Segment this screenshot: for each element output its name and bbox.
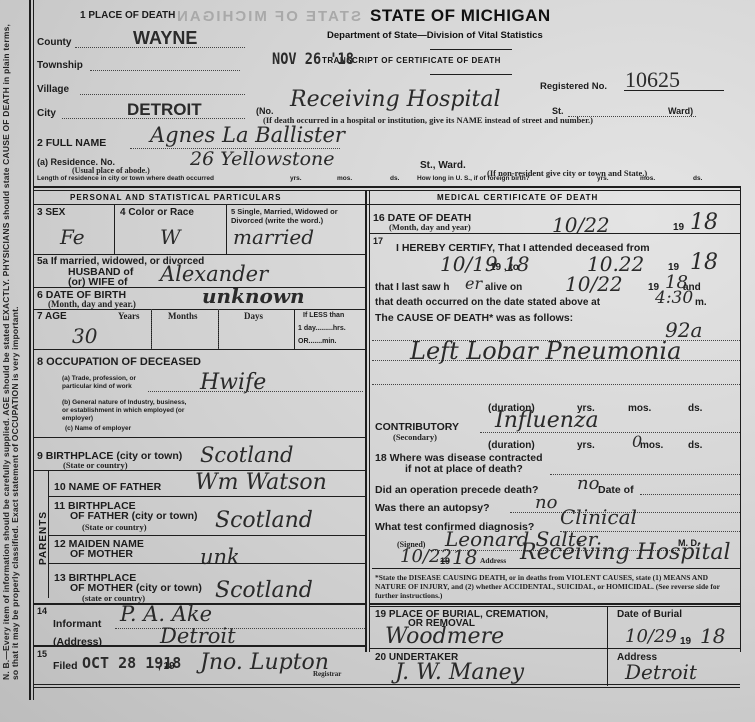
filed-label: Filed xyxy=(53,660,78,672)
father-label: 10 NAME OF FATHER xyxy=(54,481,161,493)
occupation-label: 8 OCCUPATION OF DECEASED xyxy=(37,356,201,368)
mother-label-2: OF MOTHER xyxy=(70,548,133,560)
burial-date-label: Date of Burial xyxy=(617,609,682,620)
dod-sub: (Month, day and year) xyxy=(389,222,471,232)
dod-year: 18 xyxy=(690,210,718,235)
row-rule-7 xyxy=(48,496,365,497)
attended-to-year: 18 xyxy=(690,250,718,275)
village-line xyxy=(80,94,245,95)
informant-line xyxy=(115,628,365,629)
ds-label: ds. xyxy=(390,175,399,182)
contributory-sub: (Secondary) xyxy=(393,432,437,442)
county-label: County xyxy=(37,37,71,48)
sex-divider xyxy=(114,204,115,254)
days-label: Days xyxy=(244,311,263,321)
operation-value: no xyxy=(577,473,599,494)
informant-num: 14 xyxy=(37,606,47,616)
father-bp-label-2: OF FATHER (city or town) xyxy=(70,510,198,522)
header-rule xyxy=(430,49,512,50)
father-bp-label-3: (State or country) xyxy=(82,522,147,532)
months-label: Months xyxy=(168,311,198,321)
occupation-b-label: (b) General nature of Industry, business… xyxy=(62,399,187,423)
state-title: STATE OF MICHIGAN xyxy=(370,6,551,26)
burial-date-value: 10/29 xyxy=(625,626,677,647)
spouse-value: Alexander xyxy=(160,262,268,286)
age-label: 7 AGE xyxy=(37,311,67,322)
row-rule-9 xyxy=(48,563,365,564)
duration-ds: ds. xyxy=(688,403,702,414)
filed-year-prefix: , 19 xyxy=(158,661,175,672)
m-label: m. xyxy=(695,297,707,308)
row-rule-11 xyxy=(34,645,365,647)
mos-label-2: mos. xyxy=(640,175,655,182)
last-saw-value: 10/22 xyxy=(565,272,623,296)
dob-value: unknown xyxy=(202,284,305,308)
race-label: 4 Color or Race xyxy=(120,207,194,218)
attended-from: 10/19 xyxy=(440,252,498,276)
mos-label: mos. xyxy=(337,175,352,182)
duration2-ds: ds. xyxy=(688,440,702,451)
duration-mos: mos. xyxy=(628,403,651,414)
dob-sub: (Month, day and year.) xyxy=(48,299,136,309)
burial-divider xyxy=(607,606,608,686)
sign-address-value: Receiving Hospital xyxy=(520,540,731,565)
sign-rule xyxy=(372,568,740,569)
length-residence-label: Length of residence in city or town wher… xyxy=(37,175,214,182)
yrs-label-2: yrs. xyxy=(597,175,609,182)
informant-label: Informant xyxy=(53,618,101,630)
side-instructions: N. B.—Every item of information should b… xyxy=(2,20,22,680)
row-rule-r-bottom xyxy=(370,603,740,605)
sign-year-prefix: 19 xyxy=(440,556,450,566)
institution-value: Receiving Hospital xyxy=(290,87,501,112)
table-top-rule xyxy=(34,186,740,188)
dod-year-prefix: 19 xyxy=(673,222,684,233)
ds-label-2: ds. xyxy=(693,175,702,182)
less-than-3: OR.......min. xyxy=(298,338,337,345)
city-label: City xyxy=(37,108,56,119)
attended-from-year: 18 xyxy=(504,252,529,276)
undertaker-address-value: Detroit xyxy=(625,660,697,684)
occurred-label: that death occurred on the date stated a… xyxy=(375,297,600,308)
less-than-1: If LESS than xyxy=(303,312,344,319)
row-rule-1 xyxy=(34,254,365,255)
marital-value: married xyxy=(233,225,314,249)
father-bp-value: Scotland xyxy=(215,508,313,533)
row-rule-r1 xyxy=(370,233,740,234)
table-top-rule-2 xyxy=(34,190,740,191)
center-divider xyxy=(365,190,367,652)
village-label: Village xyxy=(37,84,69,95)
full-name-label: 2 FULL NAME xyxy=(37,137,106,149)
full-name-value: Agnes La Ballister xyxy=(150,123,345,147)
alive-on-label: alive on xyxy=(485,282,522,293)
last-saw-label: that I last saw h xyxy=(375,282,449,293)
row-rule-8 xyxy=(48,535,365,536)
ward-label: Ward) xyxy=(668,106,693,116)
informant-value: P. A. Ake xyxy=(120,602,212,626)
certify-num: 17 xyxy=(373,236,383,246)
right-border xyxy=(740,186,741,652)
age-divider-1 xyxy=(151,309,152,349)
autopsy-value: no xyxy=(535,492,557,513)
bottom-rule xyxy=(34,684,740,685)
test-value: Clinical xyxy=(560,505,637,529)
burial-place-value: Woodmere xyxy=(385,624,504,649)
age-years-value: 30 xyxy=(72,324,97,348)
personal-heading: PERSONAL AND STATISTICAL PARTICULARS xyxy=(70,193,281,202)
race-divider xyxy=(226,204,227,254)
left-border-inner xyxy=(33,0,34,700)
received-date-stamp: NOV 26 '18 xyxy=(272,49,354,68)
contributory-line xyxy=(480,432,740,433)
age-divider-3 xyxy=(294,309,295,349)
yrs-label: yrs. xyxy=(290,175,302,182)
mirror-ghost-text: STATE OF MICHIGAN xyxy=(175,8,361,25)
row-rule-2 xyxy=(34,287,365,288)
date-of-label: Date of xyxy=(598,484,634,496)
contributory-value: Influenza xyxy=(495,408,599,433)
left-border xyxy=(29,0,31,700)
cause-line-2 xyxy=(372,360,740,361)
burial-year: 18 xyxy=(700,624,725,648)
row-rule-5 xyxy=(34,437,365,438)
registrar-label: Registrar xyxy=(313,670,341,678)
sex-label: 3 SEX xyxy=(37,207,65,218)
registrar-signature: Jno. Lupton xyxy=(200,650,329,675)
center-divider-2 xyxy=(369,190,370,652)
medical-heading: MEDICAL CERTIFICATE OF DEATH xyxy=(437,193,598,202)
how-long-label: How long in U. S., if of foreign birth? xyxy=(417,175,530,182)
undertaker-value: J. W. Maney xyxy=(395,660,524,685)
county-value: WAYNE xyxy=(133,28,197,49)
heading-rule xyxy=(34,204,740,205)
section-place-of-death: 1 PLACE OF DEATH xyxy=(80,10,175,21)
township-line xyxy=(90,70,240,71)
operation-label: Did an operation precede death? xyxy=(375,484,538,496)
occupation-a-value: Hwife xyxy=(200,370,266,395)
registered-underline xyxy=(624,90,724,91)
residence-sub: (Usual place of abode.) xyxy=(72,166,150,175)
row-rule-r-bottom-2 xyxy=(370,606,740,607)
burial-rule xyxy=(370,648,740,649)
date-of-line xyxy=(640,494,740,495)
header-rule-2 xyxy=(430,74,512,75)
less-than-2: 1 day.........hrs. xyxy=(298,325,346,332)
last-saw-her: er xyxy=(465,274,482,293)
sign-year: 18 xyxy=(452,545,477,569)
race-value: W xyxy=(160,225,181,249)
footnote: *State the DISEASE CAUSING DEATH, or in … xyxy=(375,573,720,600)
sign-address-label: Address xyxy=(480,556,506,565)
contracted-label-2: if not at place of death? xyxy=(405,463,523,475)
occupation-a-label: (a) Trade, profession, or particular kin… xyxy=(62,375,152,391)
mother-value: unk xyxy=(200,545,240,569)
occurred-time: 4:30 xyxy=(655,288,693,308)
mother-bp-value: Scotland xyxy=(215,578,313,603)
sex-value: Fe xyxy=(60,225,85,249)
autopsy-label: Was there an autopsy? xyxy=(375,502,490,514)
duration2-label: (duration) xyxy=(488,440,535,451)
row-rule-4 xyxy=(34,349,365,350)
age-divider-2 xyxy=(218,309,219,349)
birthplace-value: Scotland xyxy=(200,443,293,467)
city-value: DETROIT xyxy=(127,100,202,120)
duration2-yrs: yrs. xyxy=(577,440,595,451)
row-rule-3 xyxy=(34,309,365,310)
township-label: Township xyxy=(37,60,83,71)
occupation-c-label: (c) Name of employer xyxy=(65,425,131,432)
st-ward-label: St., Ward. xyxy=(420,160,466,171)
birthplace-sub: (State or country) xyxy=(63,460,128,470)
burial-year-prefix: 19 xyxy=(680,636,691,647)
cause-label: The CAUSE OF DEATH* was as follows: xyxy=(375,312,573,324)
death-certificate: N. B.—Every item of information should b… xyxy=(0,0,755,722)
marital-label: 5 Single, Married, Widowed or Divorced (… xyxy=(231,207,361,225)
years-label: Years xyxy=(118,311,140,321)
father-value: Wm Watson xyxy=(195,470,327,495)
residence-value: 26 Yellowstone xyxy=(190,148,335,170)
duration2-mos: mos. xyxy=(640,440,663,451)
cause-line-3 xyxy=(372,384,740,385)
department-title: Department of State—Division of Vital St… xyxy=(327,30,543,41)
registered-label: Registered No. xyxy=(540,81,607,92)
filed-num: 15 xyxy=(37,649,47,659)
bottom-rule-2 xyxy=(34,687,740,688)
